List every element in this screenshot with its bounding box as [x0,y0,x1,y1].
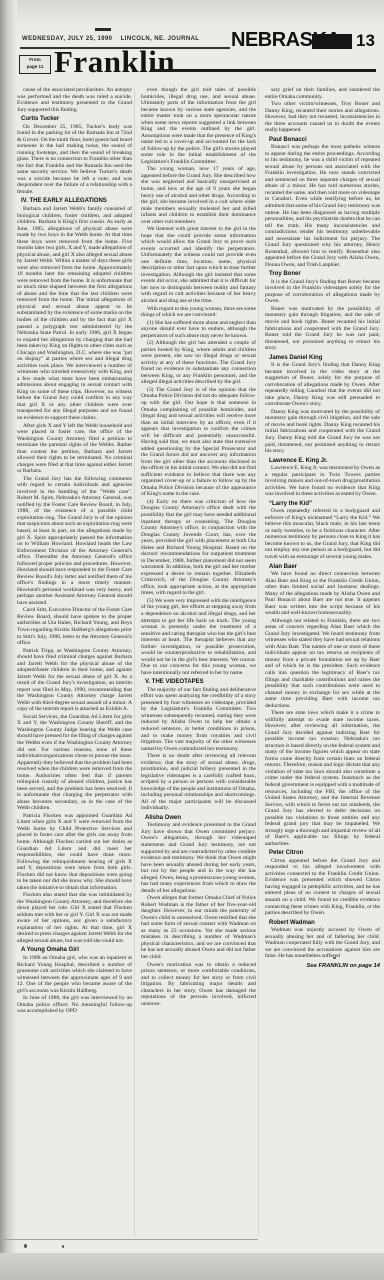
article-paragraph: cause of the associated peculiarities. A… [17,87,132,113]
article-paragraph: sary grief on their families, and slande… [265,87,380,100]
article-column-3: sary grief on their families, and slande… [258,87,380,1237]
article-paragraph: After girls X and Y left the Webb househ… [17,423,132,475]
publication-name: LINCOLN, NE. JOURNAL [121,36,200,42]
article-column-2: even though the girl told tales of possi… [134,87,256,1237]
article-paragraph: Patrick Tripp, as Washington County Atto… [17,648,132,713]
article-paragraph: Boner was motivated by the possibility o… [265,306,380,352]
scan-bottom-line [0,1239,258,1240]
continuation-line: See FRANKLIN on page 14 [265,963,380,969]
article-paragraph: Owen repeatedly referred to a bodyguard … [265,508,380,560]
section-heading: Curtis Tucker [21,116,132,122]
article-paragraph: Carol Stitt, Executive Director of the F… [17,607,132,646]
section-heading: Peter Citron [269,850,380,856]
article-paragraph: Barbara and Jarrett Webb's family consis… [17,206,132,422]
article-paragraph: In June of 1988, the girl was interviewe… [17,995,132,1015]
article-paragraph: The majority of our fact finding and del… [141,687,256,752]
section-heading: Troy Boner [269,271,380,277]
article-paragraph: (1) She has suffered more abuse and negl… [141,320,256,340]
article-headline: Franklin [54,44,175,80]
article-paragraph: Owen's motivation was to obtain a reduce… [141,962,256,1008]
article-body: cause of the associated peculiarities. A… [17,87,378,1237]
article-paragraph: even though the girl told tales of possi… [141,87,256,165]
article-column-1: cause of the associated peculiarities. A… [17,87,132,1237]
section-heading: James Daniel King [269,355,380,361]
article-paragraph: Although not related to Franklin, there … [265,618,380,709]
article-paragraph: In 1988 an Omaha girl, who was an inpati… [17,955,132,994]
article-paragraph: Danny King was motivated by the possibil… [265,409,380,455]
article-paragraph: Citron appeared before the Grand Jury an… [265,858,380,917]
article-paragraph: There are state laws which make it a cri… [265,710,380,847]
section-heading: V. THE VIDEOTAPES [145,679,256,685]
article-paragraph: Testimony and evidence presented to the … [141,822,256,894]
jump-from-box: From page 11 [19,55,51,74]
article-paragraph: (5) We were very impressed with the inte… [141,598,256,676]
section-heading: Alan Baer [269,564,380,570]
article-paragraph: Flocken also stated that she was intimid… [17,892,132,944]
scan-speck [62,1245,64,1248]
article-paragraph: The Grand Jury has the following comment… [17,476,132,607]
jump-from-line1: From [20,56,50,63]
article-paragraph: Lawrence E. King Jr. was mentioned by Ow… [265,465,380,498]
section-heading: Alisha Owen [145,815,256,821]
scan-bottom-edge [0,1253,384,1280]
headline-rule [150,69,376,72]
article-paragraph: The young woman, now 17 years of age, ap… [141,166,256,225]
article-paragraph: It is the Grand Jury's finding that Dann… [265,362,380,408]
section-heading: A Young Omaha Girl [21,947,132,953]
article-paragraph: We have found no direct connection betwe… [265,571,380,617]
article-paragraph: Bonacci was perhaps the most pathetic wi… [265,144,380,268]
section-title-block [312,34,352,49]
article-paragraph: Two other victim/witnesses, Troy Boner a… [265,101,380,134]
newspaper-page: WEDNESDAY, JULY 25, 1990 LINCOLN, NE. JO… [0,0,384,1280]
section-heading: IV. THE EARLY ALLEGATIONS [21,198,132,204]
article-paragraph: There is no doubt after reviewing all re… [141,753,256,812]
article-paragraph: We listened with great interest to the g… [141,226,256,304]
article-paragraph: With regard to this young woman, there a… [141,306,256,319]
section-heading: Robert Wadman [269,920,380,926]
scan-left-edge [0,0,17,1280]
section-heading: “Larry the Kid” [269,501,380,507]
article-paragraph: (3) The Grand Jury is of the opinion tha… [141,387,256,498]
scan-speck [333,957,336,959]
scan-top-edge [0,0,384,26]
scan-speck [24,1244,27,1248]
scan-fold-mark [95,28,111,31]
page-number: 13 [356,31,375,51]
article-paragraph: (4) Early on there was criticism of how … [141,499,256,597]
date-text: WEDNESDAY, JULY 25, 1990 [22,36,112,42]
section-heading: Paul Bonacci [269,137,380,143]
masthead-dateline: WEDNESDAY, JULY 25, 1990 LINCOLN, NE. JO… [22,36,199,42]
article-paragraph: (2) Although the girl has attended a cou… [141,340,256,386]
article-paragraph: Owen alleges that former Omaha Chief of … [141,895,256,960]
article-paragraph: It is the Grand Jury's finding that Bone… [265,279,380,305]
article-paragraph: On December 25, 1985, Tucker's body was … [17,124,132,196]
article-paragraph: Patricia Flocken was appointed Guardian … [17,813,132,891]
article-paragraph: Wadman was unjustly accused by Owen of s… [265,927,380,960]
article-paragraph: Social Services, the Guardian Ad Litem f… [17,714,132,812]
jump-from-line2: page 11 [20,63,50,70]
section-heading: Lawrence E. King Jr. [269,458,380,464]
